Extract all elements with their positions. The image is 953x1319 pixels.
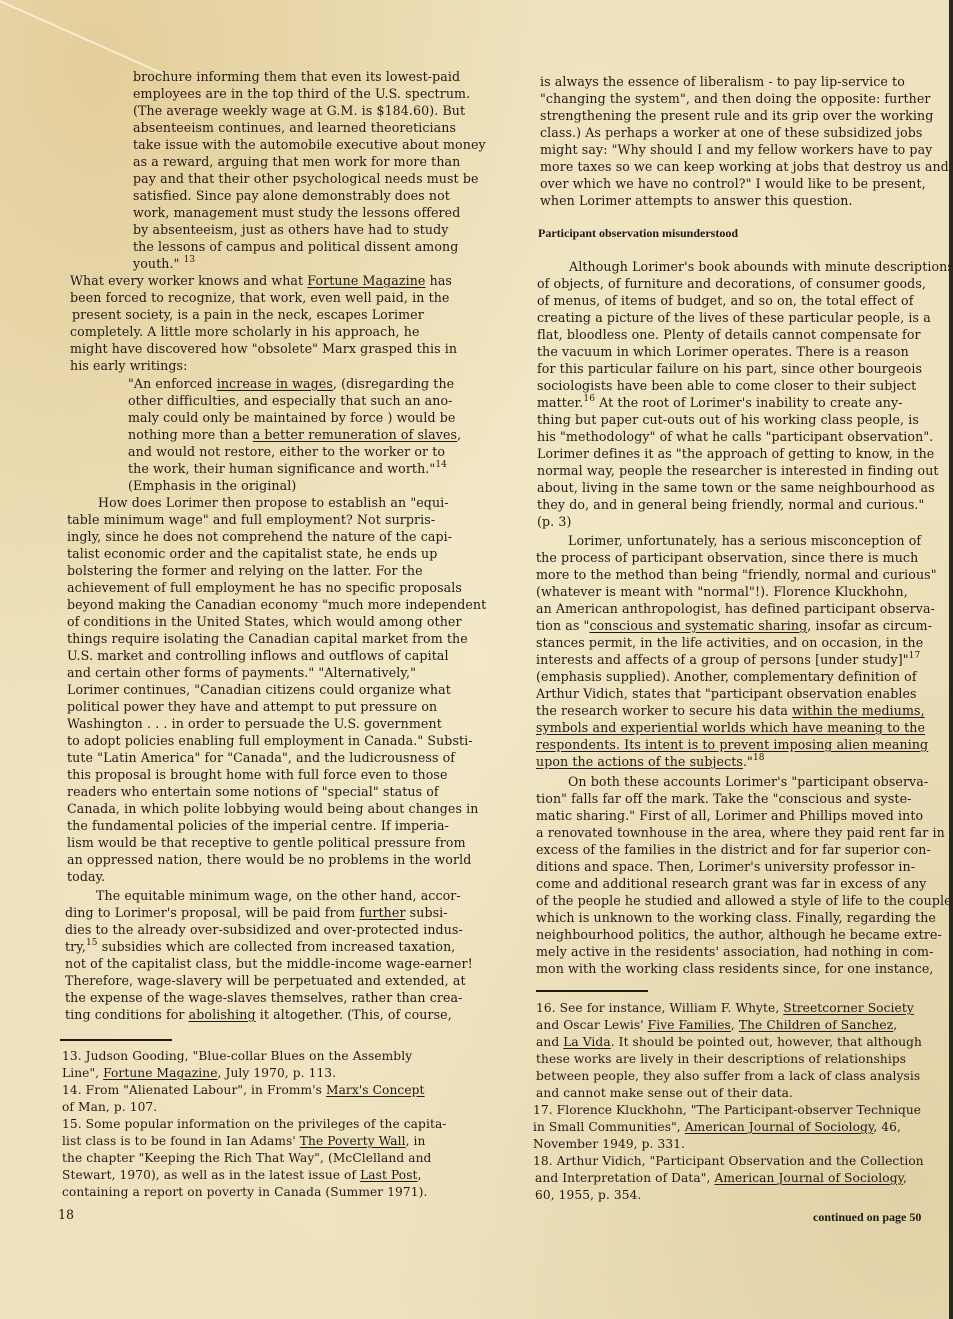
text-line: interests and affects of a group of pers… [536,651,920,668]
cited-title: Streetcorner Society [783,1001,914,1015]
cited-title: La Vida [563,1035,611,1049]
text-line: (p. 3) [537,513,572,530]
text-line: (whatever is meant with "normal"!). Flor… [536,583,908,600]
text: and Oscar Lewis' [536,1018,648,1032]
cited-title: American Journal of Sociology [685,1120,874,1134]
text-line: respondents. Its intent is to prevent im… [536,736,928,753]
text-line: Lorimer, unfortunately, has a serious mi… [568,532,921,549]
text-line: class.) As perhaps a worker at one of th… [540,124,922,141]
footnote-ref-17[interactable]: 17 [909,651,921,661]
footnote-ref-18[interactable]: 18 [753,753,765,763]
text-line: more to the method than being "friendly,… [536,566,937,583]
text-line: tion as "conscious and systematic sharin… [536,617,932,634]
text-line: Although Lorimer's book abounds with min… [569,258,949,275]
page-edge [949,0,953,1319]
text: At the root of Lorimer's inability to cr… [595,395,903,410]
cited-title: The Children of Sanchez [739,1018,893,1032]
text-line: (emphasis supplied). Another, complement… [536,668,917,685]
text-line: and Oscar Lewis' Five Families, The Chil… [536,1017,897,1034]
text-line: an American anthropologist, has defined … [536,600,935,617]
text-line: November 1949, p. 331. [533,1136,685,1153]
continued-notice: continued on page 50 [813,1210,921,1225]
text-line: when Lorimer attempts to answer this que… [540,192,853,209]
text-line: tion" falls far off the mark. Take the "… [536,790,912,807]
text-line: might say: "Why should I and my fellow w… [540,141,932,158]
footnote-ref-16[interactable]: 16 [583,394,595,404]
text-line: of the people he studied and allowed a s… [536,892,949,909]
text-line: about, living in the same town or the sa… [537,479,935,496]
text-line: a renovated townhouse in the area, where… [536,824,945,841]
text: tion as " [536,618,589,633]
text-line: stances permit, in the life activities, … [536,634,923,651]
text: matter. [537,395,583,410]
text-line: Lorimer defines it as "the approach of g… [537,445,934,462]
text: . It should be pointed out, however, tha… [611,1035,922,1049]
text: and Interpretation of Data", [535,1171,714,1185]
magazine-page: brochure informing them that even its lo… [0,0,953,1319]
text-line: matic sharing." First of all, Lorimer an… [536,807,923,824]
text-line: the vacuum in which Lorimer operates. Th… [537,343,909,360]
text-line: his "methodology" of what he calls "part… [537,428,933,445]
text-line: between people, they also suffer from a … [536,1068,920,1085]
text-line: creating a picture of the lives of these… [537,309,931,326]
text-line: for this particular failure on his part,… [537,360,922,377]
emphasis: within the mediums, [792,703,925,718]
text-line: and Interpretation of Data", American Jo… [535,1170,907,1187]
text-line: they do, and in general being friendly, … [537,496,924,513]
text-line: and cannot make sense out of their data. [536,1085,793,1102]
text-line: neighbourhood politics, the author, alth… [536,926,942,943]
text-line: of objects, of furniture and decorations… [537,275,926,292]
text-line: these works are lively in their descript… [536,1051,906,1068]
text: , [893,1018,897,1032]
text: interests and affects of a group of pers… [536,652,909,667]
section-heading: Participant observation misunderstood [538,226,738,241]
text: , insofar as circum- [807,618,932,633]
text-line: which is unknown to the working class. F… [536,909,936,926]
cited-title: Five Families [648,1018,731,1032]
text: ." [743,754,753,769]
text-line: flat, bloodless one. Plenty of details c… [537,326,921,343]
text-line: in Small Communities", American Journal … [533,1119,901,1136]
text-line: excess of the families in the district a… [536,841,931,858]
text-line: 60, 1955, p. 354. [535,1187,641,1204]
text-line: over which we have no control?" I would … [540,175,926,192]
text: in Small Communities", [533,1120,685,1134]
text-line: of menus, of items of budget, and so on,… [537,292,913,309]
footnote-17: 17. Florence Kluckhohn, "The Participant… [533,1102,921,1119]
text-line: the process of participant observation, … [536,549,918,566]
text-line: matter.16 At the root of Lorimer's inabi… [537,394,903,411]
text: 16. See for instance, William F. Whyte, [536,1001,783,1015]
text-line: normal way, people the researcher is int… [537,462,939,479]
text-line: strengthening the present rule and its g… [540,107,933,124]
text-line: and La Vida. It should be pointed out, h… [536,1034,922,1051]
text: and [536,1035,563,1049]
right-column: is always the essence of liberalism - to… [0,0,949,1319]
footnote-16: 16. See for instance, William F. Whyte, … [536,1000,914,1017]
cited-title: American Journal of Sociology [714,1171,903,1185]
text: , [903,1171,907,1185]
text-line: come and additional research grant was f… [536,875,927,892]
text-line: ditions and space. Then, Lorimer's unive… [536,858,915,875]
text: the research worker to secure his data [536,703,792,718]
text: , [731,1018,739,1032]
text-line: symbols and experiential worlds which ha… [536,719,925,736]
text-line: more taxes so we can keep working at job… [540,158,949,175]
text-line: thing but paper cut-outs out of his work… [537,411,919,428]
text-line: upon the actions of the subjects."18 [536,753,765,770]
text: , 46, [873,1120,901,1134]
emphasis: conscious and systematic sharing [589,618,807,633]
text-line: is always the essence of liberalism - to… [540,73,905,90]
text-line: sociologists have been able to come clos… [537,377,916,394]
text-line: Arthur Vidich, states that "participant … [536,685,917,702]
text-line: mely active in the residents' associatio… [536,943,933,960]
footnote-divider [536,990,648,992]
text-line: "changing the system", and then doing th… [540,90,931,107]
text-line: mon with the working class residents sin… [536,960,934,977]
emphasis: upon the actions of the subjects [536,754,743,769]
footnote-18: 18. Arthur Vidich, "Participant Observat… [533,1153,924,1170]
text-line: the research worker to secure his data w… [536,702,925,719]
text-line: On both these accounts Lorimer's "partic… [568,773,928,790]
